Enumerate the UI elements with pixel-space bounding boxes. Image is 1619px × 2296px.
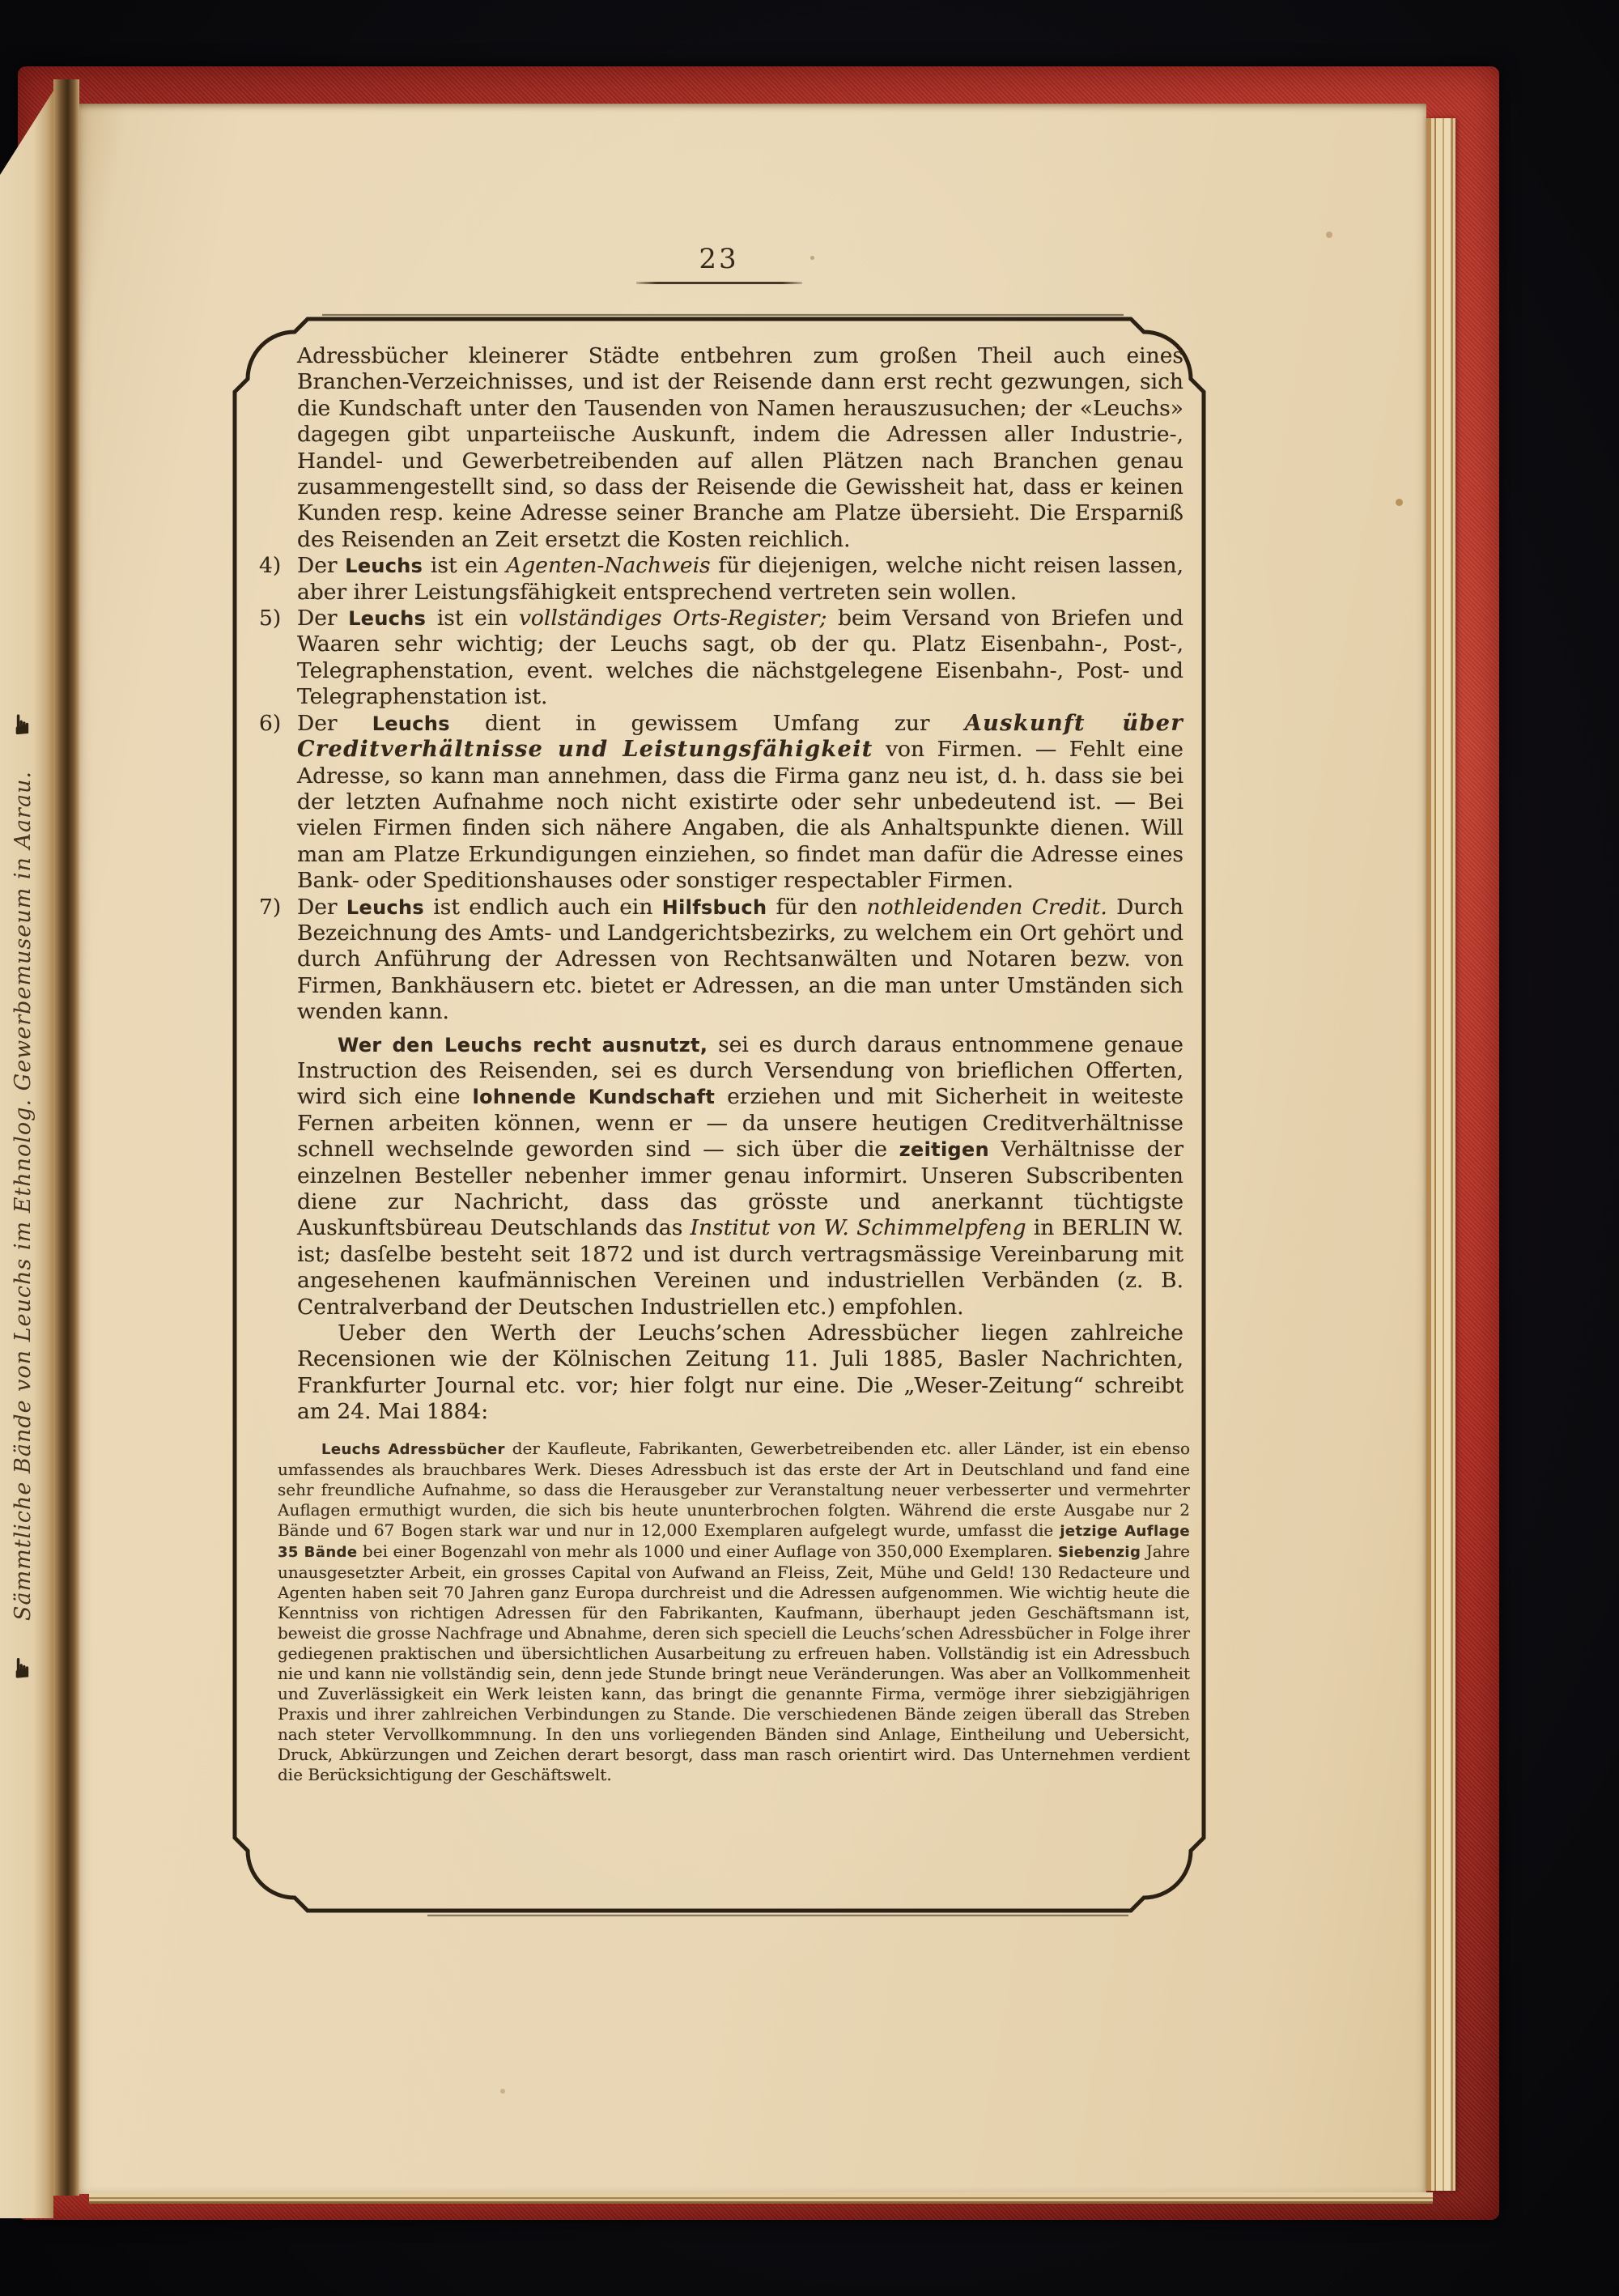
text-column: Adressbücher kleinerer Städte entbehren …	[297, 343, 1183, 1785]
manicule-icon: ☛	[6, 1655, 39, 1680]
text-run: zeitigen	[899, 1138, 989, 1161]
text-run: vollständiges Orts-Register;	[519, 606, 826, 631]
list-item: 5)Der Leuchs ist ein vollständiges Orts-…	[297, 606, 1183, 711]
text-run: Leuchs	[345, 555, 423, 577]
photo-backdrop: { "document": { "page_number": "23", "ma…	[0, 0, 1619, 2296]
paragraph: Adressbücher kleinerer Städte entbehren …	[297, 343, 1183, 553]
text-run: Leuchs	[348, 607, 426, 630]
paper-speck	[500, 2089, 505, 2094]
list-item: 4)Der Leuchs ist ein Agenten-Nachweis fü…	[297, 553, 1183, 606]
paragraph: Wer den Leuchs recht ausnutzt, sei es du…	[297, 1032, 1183, 1320]
paragraph: Ueber den Werth der Leuchs’schen Adressb…	[297, 1320, 1183, 1426]
text-run: ist ein	[426, 606, 519, 631]
text-run: Hilfsbuch	[662, 896, 767, 919]
text-run: Jahre unausgesetzter Arbeit, ein grosses…	[278, 1541, 1190, 1784]
manicule-icon: ☛	[6, 712, 39, 737]
text-run: Adressbücher kleinerer Städte entbehren …	[297, 343, 1183, 552]
list-item: 6)Der Leuchs dient in gewissem Umfang zu…	[297, 711, 1183, 895]
text-run: Ueber den Werth der Leuchs’schen Adressb…	[297, 1320, 1183, 1424]
text-run: Leuchs Adressbücher	[321, 1441, 505, 1458]
text-run: Wer den Leuchs recht ausnutzt,	[338, 1034, 708, 1057]
text-run: Der	[297, 606, 348, 631]
margin-annotation-text: Sämmtliche Bände von Leuchs im Ethnolog.…	[11, 771, 36, 1621]
margin-annotation-vertical: ☛ Sämmtliche Bände von Leuchs im Ethnolo…	[0, 348, 45, 2043]
text-run: Leuchs	[372, 712, 450, 735]
smallprint-paragraph: Leuchs Adressbücher der Kaufleute, Fabri…	[278, 1439, 1190, 1785]
text-run: ist endlich auch ein	[424, 895, 662, 920]
list-number: 6)	[259, 711, 281, 737]
page-edge-stack-right	[1426, 118, 1455, 2191]
list-number: 5)	[259, 606, 281, 631]
list-number: 4)	[259, 553, 281, 579]
paper-speck	[810, 256, 814, 260]
paper-speck	[1396, 499, 1403, 506]
paper-speck	[1326, 232, 1332, 238]
list-number: 7)	[259, 895, 281, 921]
text-run: Der	[297, 711, 372, 736]
text-run: Agenten-Nachweis	[506, 553, 711, 578]
list-item: 7)Der Leuchs ist endlich auch ein Hilfsb…	[297, 895, 1183, 1026]
page-gutter-shadow	[53, 79, 79, 2196]
page-edge-stack-bottom	[89, 2192, 1433, 2204]
book-page: 23 Adressbücher kleinerer Städte entbehr…	[79, 104, 1426, 2194]
text-run: Der	[297, 553, 345, 578]
text-run: Siebenzig	[1058, 1544, 1141, 1561]
text-run: Institut von W. Schimmelpfeng	[691, 1215, 1026, 1240]
text-run: Leuchs	[346, 896, 424, 919]
text-run: lohnende Kundschaft	[473, 1086, 716, 1108]
text-run: Der	[297, 895, 346, 920]
text-run: nothleidenden Credit.	[867, 895, 1107, 920]
text-run: für den	[767, 895, 866, 920]
text-run: ist ein	[423, 553, 506, 578]
text-run: bei einer Bogenzahl von mehr als 1000 un…	[357, 1541, 1057, 1561]
text-run: dient in gewissem Umfang zur	[450, 711, 965, 736]
